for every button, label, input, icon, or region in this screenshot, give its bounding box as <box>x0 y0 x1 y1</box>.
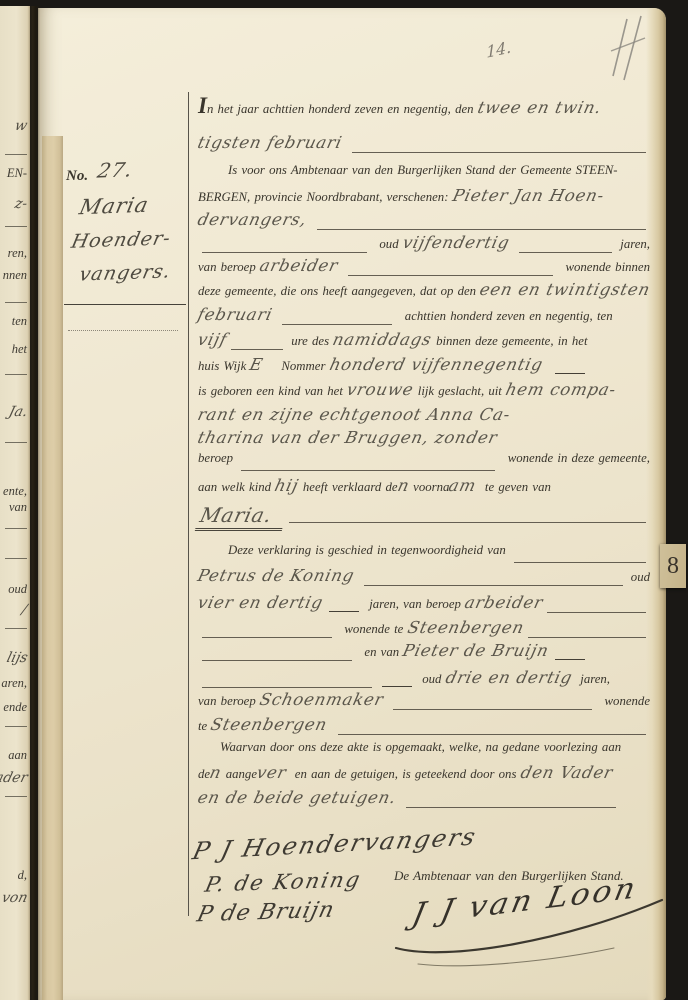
handwritten-entry: namiddags <box>331 330 434 349</box>
blank-rule <box>406 807 616 808</box>
act-line: Maria. <box>198 503 650 529</box>
printed-text: oud <box>418 672 446 687</box>
printed-text: Deze verklaring is geschied in tegenwoor… <box>228 543 510 558</box>
previous-page-strip: wEN-z-ren,nnentenhetJa.ente,vanoud/lijsa… <box>0 6 30 1000</box>
handwritten-entry: en de beide getuigen. <box>196 788 405 807</box>
blank-rule <box>352 152 646 153</box>
handwritten-entry: E <box>248 355 265 374</box>
handwritten-entry: tharina van der Bruggen, zonder <box>196 428 500 447</box>
prev-page-fragment <box>5 558 27 559</box>
printed-text: beroep <box>198 451 237 466</box>
act-line: van beroep Schoenmaker wonende <box>198 690 650 716</box>
printed-text: oud <box>627 570 650 585</box>
act-line: tigsten februari <box>198 133 650 159</box>
register-page: No. 27. Maria Hoender- vangers. In het j… <box>38 8 666 1000</box>
printed-text: deze gemeente, die ons heeft aangegeven,… <box>198 284 480 299</box>
prev-page-fragment <box>5 226 27 227</box>
prev-page-fragment <box>5 302 27 303</box>
act-line: huis Wijk ENommer honderd vijfennegentig <box>198 355 650 381</box>
printed-text: Nommer <box>281 359 329 374</box>
prev-page-fragment: Ja. <box>7 404 29 420</box>
margin-child-name-line1: Maria <box>77 193 151 219</box>
act-line: vijf ure des namiddags binnen deze gemee… <box>198 330 650 356</box>
prev-page-fragment: oud <box>8 582 27 597</box>
printed-text: heeft verklaard de <box>299 480 398 495</box>
handwritten-entry: arbeider <box>258 256 346 275</box>
signature-witness-1: P. de Koning <box>203 867 364 896</box>
prev-page-fragment <box>5 154 27 155</box>
handwritten-entry: Petrus de Koning <box>196 566 363 585</box>
handwritten-entry: een en twintigsten <box>478 280 652 299</box>
prev-page-fragment: ader <box>0 770 29 786</box>
printed-text: is geboren een kind van het <box>198 384 347 399</box>
printed-text: binnen deze gemeente, in het <box>432 334 588 349</box>
printed-text: wonende in deze gemeente, <box>499 451 650 466</box>
handwritten-entry: februari <box>196 305 281 324</box>
margin-divider-rule <box>188 92 189 916</box>
handwritten-entry: vijf <box>196 330 229 349</box>
indent-space <box>263 369 281 370</box>
handwritten-entry: den Vader <box>518 763 614 782</box>
prev-page-fragment: d, <box>18 868 27 883</box>
prev-page-fragment: w <box>13 118 29 134</box>
blank-rule <box>202 660 352 661</box>
margin-child-name-line2: Hoender- <box>69 227 173 252</box>
signature-father: P J Hoendervangers <box>190 823 480 866</box>
dash-rule <box>555 373 585 374</box>
blank-rule <box>289 522 646 523</box>
prev-page-fragment: ten <box>12 314 27 329</box>
margin-rule <box>64 304 186 305</box>
record-number-label: No. <box>66 168 88 185</box>
act-line: beroep wonende in deze gemeente, <box>198 451 650 477</box>
printed-text: jaren, <box>616 237 650 252</box>
act-line: BERGEN, provincie Noordbrabant, verschen… <box>198 186 650 212</box>
printed-text: wonende binnen <box>557 260 650 275</box>
printed-initial: I <box>198 101 207 111</box>
indent-space <box>198 173 228 174</box>
handwritten-entry: honderd vijfennegentig <box>327 355 550 374</box>
prev-page-fragment <box>5 796 27 797</box>
blank-rule <box>547 612 646 613</box>
signature-witness-2: P de Bruijn <box>194 898 337 928</box>
margin-dotted-rule <box>68 330 178 331</box>
printed-text: jaren, van beroep <box>365 597 465 612</box>
blank-rule <box>364 585 622 586</box>
handwritten-entry: Steenbergen <box>209 715 335 734</box>
printed-text: Is voor ons Ambtenaar van den Burgerlijk… <box>228 163 618 178</box>
handwritten-entry: vijfendertig <box>401 233 518 252</box>
prev-page-fragment: het <box>12 342 27 357</box>
blank-rule <box>393 709 592 710</box>
printed-text: aan welk kind <box>198 480 275 495</box>
prev-page-fragment: nnen <box>3 268 27 283</box>
act-line: en van Pieter de Bruijn <box>198 641 650 667</box>
blank-rule <box>317 229 646 230</box>
record-number-value: 27. <box>95 157 135 182</box>
blank-rule <box>528 637 646 638</box>
handwritten-entry: vier en dertig <box>196 593 325 612</box>
pencil-check-mark-icon <box>606 14 652 84</box>
act-line: van beroep arbeider wonende binnen <box>198 256 650 282</box>
prev-page-fragment <box>5 374 27 375</box>
blank-rule <box>202 637 332 638</box>
prev-page-fragment <box>5 726 27 727</box>
printed-text: en van <box>356 645 403 660</box>
act-line: In het jaar achttien honderd zeven en ne… <box>198 98 650 124</box>
blank-rule <box>348 275 553 276</box>
handwritten-entry: drie en dertig <box>443 668 574 687</box>
blank-rule <box>202 687 372 688</box>
handwritten-entry: tigsten februari <box>196 133 350 152</box>
prev-page-fragment: lijs <box>5 650 29 666</box>
handwritten-child-name: Maria. <box>195 503 288 531</box>
act-line: den aangever en aan de getuigen, is gete… <box>198 763 650 789</box>
prev-page-fragment: von <box>0 890 29 906</box>
handwritten-entry: Steenbergen <box>405 618 525 637</box>
act-line: te Steenbergen <box>198 715 650 741</box>
prev-page-fragment: ren, <box>8 246 27 261</box>
registrar-signature-block: J J van Loon <box>378 874 678 970</box>
act-line: Petrus de Koning oud <box>198 566 650 592</box>
printed-text: lijk geslacht, uit <box>414 384 507 399</box>
printed-text: wonende te <box>336 622 408 637</box>
prev-page-fragment: aren, <box>1 676 27 691</box>
printed-text: van beroep <box>198 260 260 275</box>
prev-page-fragment: aan <box>8 748 27 763</box>
printed-text: BERGEN, provincie Noordbrabant, verschen… <box>198 190 453 205</box>
indent-space <box>198 750 220 751</box>
blank-rule <box>282 324 392 325</box>
printed-text: aange <box>222 767 257 782</box>
blank-rule <box>338 734 646 735</box>
margin-child-name-line3: vangers. <box>77 260 173 285</box>
handwritten-entry: twee en twin. <box>476 98 604 117</box>
prev-page-fragment: ente, <box>3 484 27 499</box>
printed-text: huis Wijk <box>198 359 250 374</box>
dash-rule <box>555 659 585 660</box>
printed-text: oud <box>371 237 403 252</box>
handwritten-entry: Pieter Jan Hoen- <box>450 186 605 205</box>
scan-background: { "document": { "type_note": "Geboorteak… <box>0 0 688 1000</box>
prev-page-fragment: ende <box>3 700 27 715</box>
printed-text: voorna <box>409 480 449 495</box>
handwritten-entry: dervangers, <box>196 210 315 229</box>
handwritten-entry: vrouwe <box>345 380 416 399</box>
binding-gutter-shadow <box>28 6 40 1000</box>
handwritten-entry: rant en zijne echtgenoot Anna Ca- <box>196 405 513 424</box>
act-line: aan welk kind hij heeft verklaard den vo… <box>198 476 650 502</box>
printed-text: jaren, <box>572 672 610 687</box>
handwritten-entry: Schoenmaker <box>258 690 392 709</box>
act-line: en de beide getuigen. <box>198 788 650 814</box>
indent-space <box>198 553 228 554</box>
printed-text: ure des <box>287 334 333 349</box>
blank-rule <box>519 252 612 253</box>
binding-tape-strip <box>42 136 63 1000</box>
handwritten-entry: Pieter de Bruijn <box>401 641 551 660</box>
handwritten-entry: arbeider <box>463 593 545 612</box>
handwritten-entry: ver <box>255 763 289 782</box>
act-line: februari achttien honderd zeven en negen… <box>198 305 650 331</box>
act-line: vier en dertig jaren, van beroep arbeide… <box>198 593 650 619</box>
blank-rule <box>241 470 495 471</box>
dash-rule <box>382 686 412 687</box>
blank-rule <box>231 349 283 350</box>
prev-page-fragment: z- <box>13 196 29 212</box>
printed-text: Waarvan door ons deze akte is opgemaakt,… <box>220 740 621 755</box>
prev-page-fragment <box>5 442 27 443</box>
printed-text: van beroep <box>198 694 260 709</box>
prev-page-fragment <box>5 528 27 529</box>
blank-rule <box>202 252 367 253</box>
index-tab: 8 <box>660 544 686 588</box>
dash-rule <box>329 611 359 612</box>
printed-text: n het jaar achttien honderd zeven en neg… <box>207 102 478 117</box>
printed-text: wonende <box>596 694 650 709</box>
prev-page-fragment: EN- <box>7 166 27 181</box>
handwritten-entry: am <box>447 476 478 495</box>
printed-text: achttien honderd zeven en negentig, ten <box>396 309 612 324</box>
blank-rule <box>514 562 646 563</box>
printed-text: te geven van <box>477 480 551 495</box>
prev-page-fragment <box>5 628 27 629</box>
act-line: is geboren een kind van het vrouwe lijk … <box>198 380 650 406</box>
printed-text: en aan de getuigen, is geteekend door on… <box>286 767 520 782</box>
handwritten-entry: hem compa- <box>504 380 618 399</box>
handwritten-entry: hij <box>273 476 301 495</box>
prev-page-fragment: van <box>9 500 27 515</box>
act-line: deze gemeente, die ons heeft aangegeven,… <box>198 280 650 306</box>
